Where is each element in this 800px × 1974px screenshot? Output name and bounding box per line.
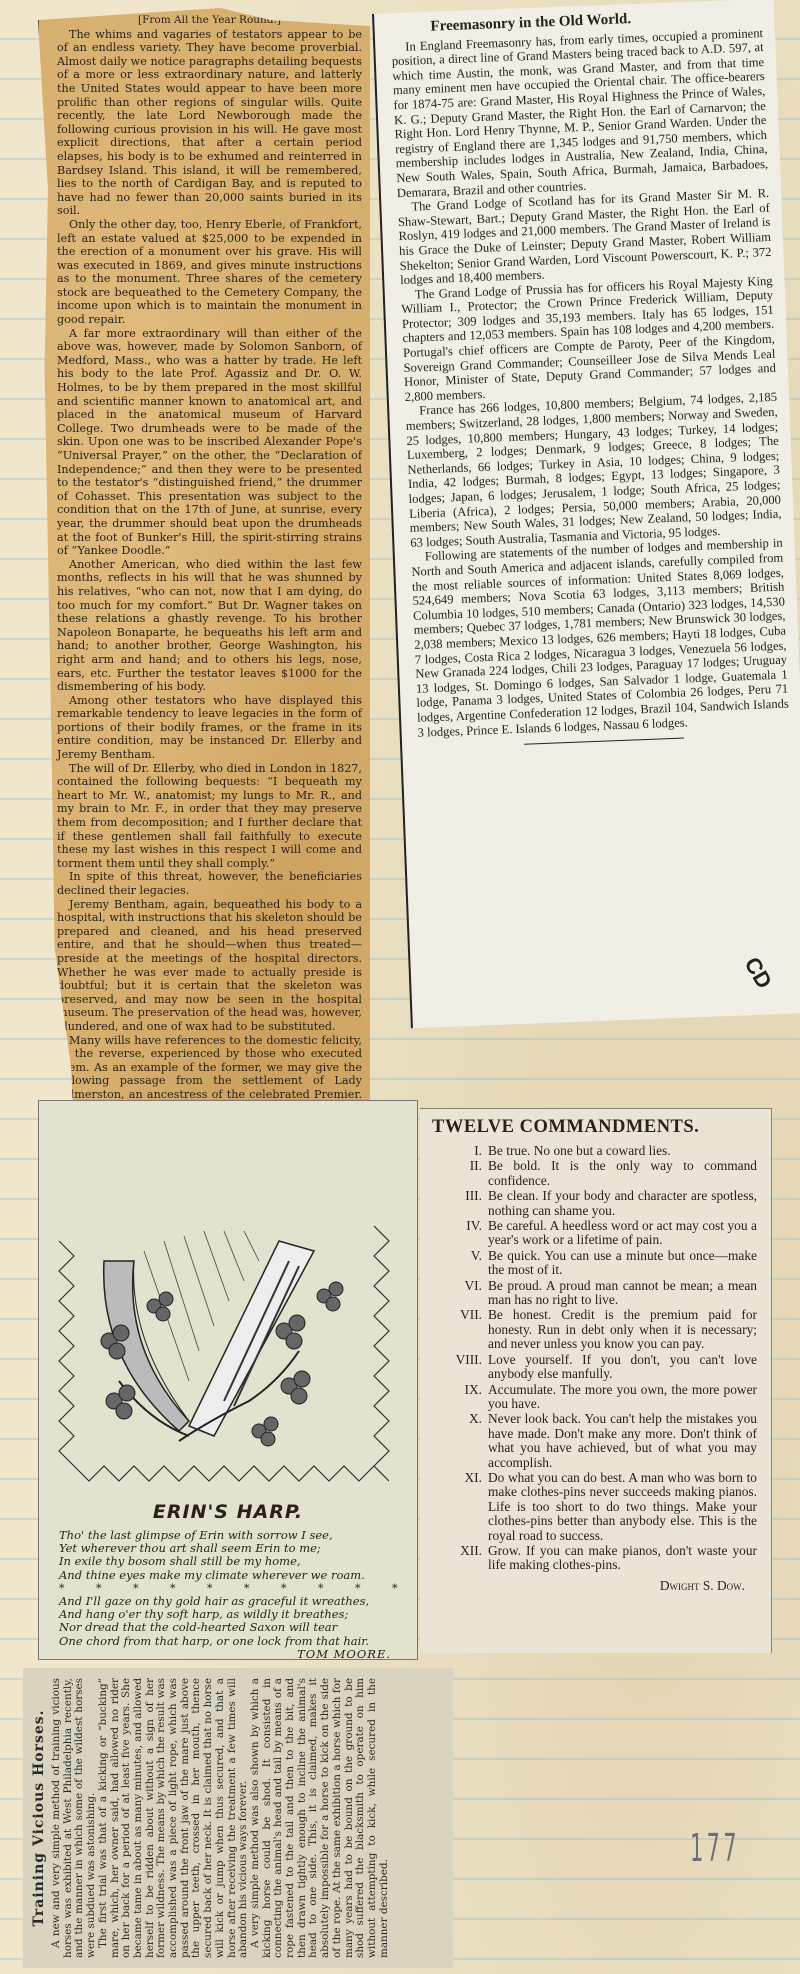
commandment-number: III. bbox=[426, 1189, 488, 1218]
paragraph: Another American, who died within the la… bbox=[57, 558, 362, 694]
poem-line: One chord from that harp, or one lock fr… bbox=[59, 1635, 401, 1648]
paragraph: The Grand Lodge of Prussia has for offic… bbox=[401, 274, 777, 405]
commandment-item: XI.Do what you can do best. A man who wa… bbox=[426, 1471, 757, 1543]
commandment-item: I.Be true. No one but a coward lies. bbox=[426, 1144, 757, 1158]
paragraph: The first trial was that of a kicking or… bbox=[98, 1678, 250, 1958]
paragraph: The will of Dr. Ellerby, who died in Lon… bbox=[57, 762, 362, 871]
paragraph: In England Freemasonry has, from early t… bbox=[391, 26, 769, 201]
commandment-text: Be clean. If your body and character are… bbox=[488, 1189, 757, 1218]
twelve-commandments-clipping: TWELVE COMMANDMENTS. I.Be true. No one b… bbox=[420, 1108, 772, 1653]
commandment-number: XI. bbox=[426, 1471, 488, 1543]
article-title: Training Vicious Horses. bbox=[31, 1678, 47, 1958]
paragraph: Among other testators who have displayed… bbox=[57, 694, 362, 762]
commandment-text: Accumulate. The more you own, the more p… bbox=[488, 1383, 757, 1412]
commandment-number: II. bbox=[426, 1159, 488, 1188]
commandment-text: Be bold. It is the only way to command c… bbox=[488, 1159, 757, 1188]
paragraph: The Grand Lodge of Scotland has for its … bbox=[397, 186, 772, 288]
harp-illustration-icon bbox=[39, 1101, 419, 1491]
poem-line: And thine eyes make my climate wherever … bbox=[59, 1569, 401, 1582]
commandment-item: III.Be clean. If your body and character… bbox=[426, 1189, 757, 1218]
paragraph: The whims and vagaries of testators appe… bbox=[57, 28, 362, 218]
paragraph: In spite of this threat, however, the be… bbox=[57, 870, 362, 897]
commandment-number: IV. bbox=[426, 1219, 488, 1248]
commandment-number: XII. bbox=[426, 1544, 488, 1573]
horses-article-wrapper: Training Vicious Horses. A new and very … bbox=[18, 1668, 458, 1968]
commandment-number: VII. bbox=[426, 1308, 488, 1351]
commandment-item: VII.Be honest. Credit is the premium pai… bbox=[426, 1308, 757, 1351]
commandment-text: Grow. If you can make pianos, don't wast… bbox=[488, 1544, 757, 1573]
commandment-number: V. bbox=[426, 1249, 488, 1278]
commandments-title: TWELVE COMMANDMENTS. bbox=[432, 1117, 757, 1138]
commandment-item: X.Never look back. You can't help the mi… bbox=[426, 1412, 757, 1470]
commandment-item: IX.Accumulate. The more you own, the mor… bbox=[426, 1383, 757, 1412]
freemasonry-article-clipping: Freemasonry in the Old World. In England… bbox=[372, 0, 800, 1028]
end-rule bbox=[524, 738, 684, 745]
commandments-list: I.Be true. No one but a coward lies.II.B… bbox=[426, 1144, 757, 1573]
horses-article-clipping: Training Vicious Horses. A new and very … bbox=[23, 1668, 453, 1968]
poem-line: In exile thy bosom shall still be my hom… bbox=[59, 1555, 401, 1568]
commandment-item: XII.Grow. If you can make pianos, don't … bbox=[426, 1544, 757, 1573]
commandment-text: Be true. No one but a coward lies. bbox=[488, 1144, 757, 1158]
commandment-text: Be proud. A proud man cannot be mean; a … bbox=[488, 1279, 757, 1308]
commandment-number: IX. bbox=[426, 1383, 488, 1412]
paragraph: Following are statements of the number o… bbox=[411, 536, 790, 740]
poem-line: Nor dread that the cold-hearted Saxon wi… bbox=[59, 1621, 401, 1634]
paragraph: France has 266 lodges, 10,800 members; B… bbox=[405, 390, 782, 550]
commandment-number: VI. bbox=[426, 1279, 488, 1308]
poem-body: Tho' the last glimpse of Erin with sorro… bbox=[59, 1529, 401, 1661]
commandment-item: V.Be quick. You can use a minute but onc… bbox=[426, 1249, 757, 1278]
commandment-number: I. bbox=[426, 1144, 488, 1158]
commandment-number: X. bbox=[426, 1412, 488, 1470]
wills-article-clipping: [From All the Year Round.] The whims and… bbox=[38, 8, 370, 1213]
commandment-item: IV.Be careful. A heedless word or act ma… bbox=[426, 1219, 757, 1248]
commandment-item: VIII.Love yourself. If you don't, you ca… bbox=[426, 1353, 757, 1382]
commandment-text: Be quick. You can use a minute but once—… bbox=[488, 1249, 757, 1278]
commandment-text: Be honest. Credit is the premium paid fo… bbox=[488, 1308, 757, 1351]
commandment-item: II.Be bold. It is the only way to comman… bbox=[426, 1159, 757, 1188]
commandment-text: Be careful. A heedless word or act may c… bbox=[488, 1219, 757, 1248]
page-number: 177 bbox=[690, 1826, 740, 1870]
commandment-text: Love yourself. If you don't, you can't l… bbox=[488, 1353, 757, 1382]
paragraph: A new and very simple method of training… bbox=[51, 1678, 98, 1958]
paragraph: Only the other day, too, Henry Eberle, o… bbox=[57, 218, 362, 327]
commandment-item: VI.Be proud. A proud man cannot be mean;… bbox=[426, 1279, 757, 1308]
commandments-signature: Dwight S. Dow. bbox=[426, 1579, 757, 1593]
commandment-text: Never look back. You can't help the mist… bbox=[488, 1412, 757, 1470]
commandment-number: VIII. bbox=[426, 1353, 488, 1382]
commandment-text: Do what you can do best. A man who was b… bbox=[488, 1471, 757, 1543]
paragraph: A very simple method was also shown by w… bbox=[250, 1678, 390, 1958]
paragraph: A far more extraordinary will than eithe… bbox=[57, 327, 362, 558]
article-body: The whims and vagaries of testators appe… bbox=[57, 28, 362, 1251]
article-source: [From All the Year Round.] bbox=[57, 14, 362, 28]
erins-harp-clipping: ERIN'S HARP. Tho' the last glimpse of Er… bbox=[38, 1100, 418, 1660]
paragraph: Jeremy Bentham, again, bequeathed his bo… bbox=[57, 898, 362, 1034]
poem-author: TOM MOORE. bbox=[59, 1648, 401, 1661]
poem-title: ERIN'S HARP. bbox=[39, 1501, 417, 1523]
